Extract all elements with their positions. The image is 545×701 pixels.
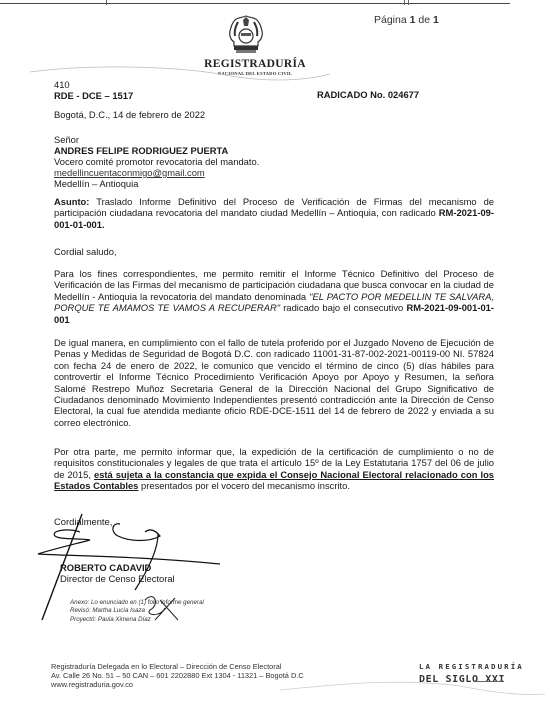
- paragraph-tutela: De igual manera, en cumplimiento con el …: [54, 337, 494, 428]
- recipient-salutation: Señor: [54, 134, 79, 145]
- border-tick: [106, 0, 107, 5]
- drafted-by: Proyectó: Paula Ximena Díaz: [70, 616, 151, 624]
- page-number: Página 1 de 1: [374, 14, 439, 26]
- signer-title: Director de Censo Electoral: [60, 573, 175, 584]
- office-reference: RDE - DCE – 1517: [54, 90, 133, 101]
- footer-website-link[interactable]: www.registraduria.gov.co: [51, 680, 133, 689]
- footer-address: Av. Calle 26 No. 51 – 50 CAN – 601 22028…: [51, 671, 304, 680]
- top-border-line: [0, 3, 510, 4]
- subject-label: Asunto:: [54, 196, 89, 207]
- paragraph-report-delivery: Para los fines correspondientes, me perm…: [54, 268, 494, 325]
- header-swoosh: [0, 60, 545, 90]
- border-tick: [404, 0, 409, 5]
- date-line: Bogotá, D.C., 14 de febrero de 2022: [54, 109, 205, 120]
- code-number: 410: [54, 79, 70, 90]
- signer-name: ROBERTO CADAVID: [60, 562, 151, 573]
- subject: Asunto: Traslado Informe Definitivo del …: [54, 196, 494, 230]
- recipient-city: Medellín – Antioquia: [54, 178, 138, 189]
- paragraph-certification: Por otra parte, me permito informar que,…: [54, 446, 494, 492]
- recipient-email-link[interactable]: medellincuentaconmigo@gmail.com: [54, 167, 205, 178]
- greeting: Cordial saludo,: [54, 246, 117, 257]
- reviewed-by: Revisó: Martha Lucía Isaza: [70, 607, 145, 615]
- initials-icon: [140, 590, 185, 625]
- coat-of-arms-icon: [226, 14, 266, 56]
- recipient-role: Vocero comité promotor revocatoria del m…: [54, 156, 259, 167]
- footer-swoosh: [280, 670, 545, 700]
- footer-office: Registraduría Delegada en lo Electoral –…: [51, 662, 281, 671]
- radicado-number: RADICADO No. 024677: [317, 89, 419, 100]
- recipient-name: ANDRES FELIPE RODRIGUEZ PUERTA: [54, 145, 228, 156]
